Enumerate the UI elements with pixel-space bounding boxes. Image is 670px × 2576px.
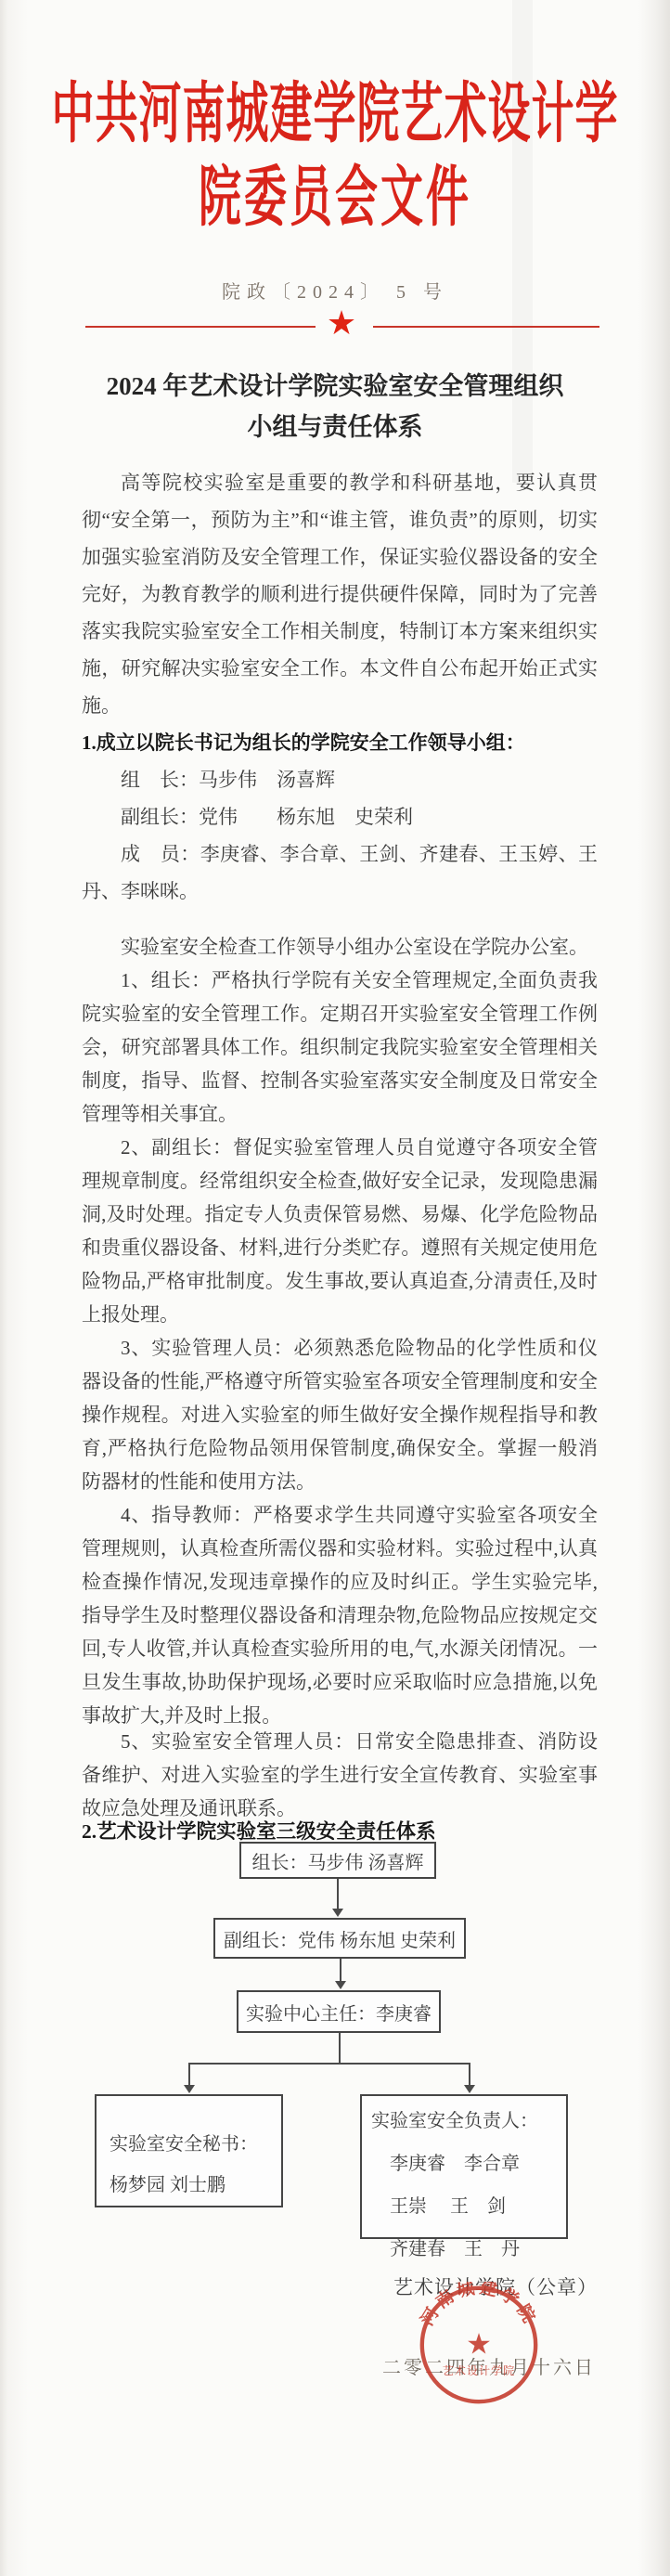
letterhead-line1: 中共河南城建学院艺术设计学 [0, 61, 670, 156]
leader-line-fuzuzhang: 副组长：党伟 杨东旭 史荣利 [82, 798, 598, 835]
orgchart-connector-2 [340, 1959, 341, 1983]
orgchart-stem [339, 2033, 341, 2063]
duty5-paragraph: 5、实验室安全管理人员：日常安全隐患排查、消防设备维护、对进入实验室的学生进行安… [82, 1725, 598, 1825]
safety-officers-row: 李庚睿 李合章 [362, 2148, 566, 2175]
seal-inner-text: 艺术设计学院 [443, 2363, 516, 2377]
secretary-title: 实验室安全秘书： [110, 2124, 281, 2165]
section2-heading: 2.艺术设计学院实验室三级安全责任体系 [82, 1816, 598, 1845]
orgchart-box-safety-officers: 实验室安全负责人： 李庚睿 李合章 王崇 王 剑 齐建春 王 丹 [360, 2094, 568, 2239]
arrow-down-icon [184, 2085, 195, 2093]
red-rule-left [85, 326, 316, 328]
orgchart-box-deputy: 副组长：党伟 杨东旭 史荣利 [213, 1918, 466, 1959]
arrow-down-icon [335, 1981, 346, 1989]
duty3-paragraph: 3、实验管理人员：必须熟悉危险物品的化学性质和仪器设备的性能,严格遵守所管实验室… [82, 1331, 598, 1498]
star-icon: ★ [314, 306, 369, 340]
official-seal: 河南城建学院 ★ 艺术设计学院 [416, 2282, 542, 2408]
duty2-paragraph: 2、副组长：督促实验室管理人员自觉遵守各项安全管理规章制度。经常组织安全检查,做… [82, 1131, 598, 1331]
body-section-2: 实验室安全检查工作领导小组办公室设在学院办公室。 1、组长：严格执行学院有关安全… [82, 930, 598, 1732]
safety-officers-row: 齐建春 王 丹 [362, 2233, 566, 2260]
arrow-down-icon [332, 1909, 343, 1917]
orgchart-box-secretary: 实验室安全秘书： 杨梦园 刘士鹏 [95, 2094, 283, 2207]
orgchart-box-center-director: 实验中心主任：李庚睿 [237, 1990, 441, 2033]
letterhead-line2: 院委员会文件 [0, 145, 670, 239]
red-rule-right [373, 326, 599, 328]
document-title-line1: 2024 年艺术设计学院实验室安全管理组织 [103, 366, 567, 402]
document-number: 院政〔2024〕 5 号 [0, 277, 670, 304]
safety-officers-title: 实验室安全负责人： [362, 2096, 566, 2132]
office-note-paragraph: 实验室安全检查工作领导小组办公室设在学院办公室。 [82, 930, 598, 964]
document-page: 中共河南城建学院艺术设计学 院委员会文件 院政〔2024〕 5 号 ★ 2024… [0, 0, 670, 2576]
safety-officers-row: 王崇 王 剑 [362, 2191, 566, 2218]
orgchart-branch-left [188, 2063, 190, 2087]
intro-paragraph: 高等院校实验室是重要的教学和科研基地，要认真贯彻“安全第一，预防为主”和“谁主管… [82, 464, 598, 724]
leader-line-chengyuan: 成 员：李庚睿、李合章、王剑、齐建春、王玉婷、王丹、李咪咪。 [82, 835, 598, 910]
section1-heading: 1.成立以院长书记为组长的学院安全工作领导小组： [82, 724, 598, 761]
document-title-line2: 小组与责任体系 [103, 407, 567, 443]
orgchart-branch-right [469, 2063, 470, 2087]
orgchart-box-leader: 组长：马步伟 汤喜辉 [239, 1842, 436, 1879]
body-section-1: 高等院校实验室是重要的教学和科研基地，要认真贯彻“安全第一，预防为主”和“谁主管… [82, 464, 598, 910]
secretary-names: 杨梦园 刘士鹏 [110, 2165, 281, 2206]
body-section-3: 5、实验室安全管理人员：日常安全隐患排查、消防设备维护、对进入实验室的学生进行安… [82, 1725, 598, 1825]
duty1-paragraph: 1、组长：严格执行学院有关安全管理规定,全面负责我院实验室的安全管理工作。定期召… [82, 964, 598, 1131]
secretary-box-content: 实验室安全秘书： 杨梦园 刘士鹏 [97, 2096, 281, 2206]
arrow-down-icon [464, 2085, 475, 2093]
seal-star-icon: ★ [466, 2328, 492, 2361]
duty4-paragraph: 4、指导教师：严格要求学生共同遵守实验室各项安全管理规则，认真检查所需仪器和实验… [82, 1498, 598, 1732]
orgchart-connector-1 [337, 1879, 339, 1910]
leader-line-zuzhang: 组 长：马步伟 汤喜辉 [82, 761, 598, 798]
orgchart-branch-line [188, 2063, 469, 2065]
